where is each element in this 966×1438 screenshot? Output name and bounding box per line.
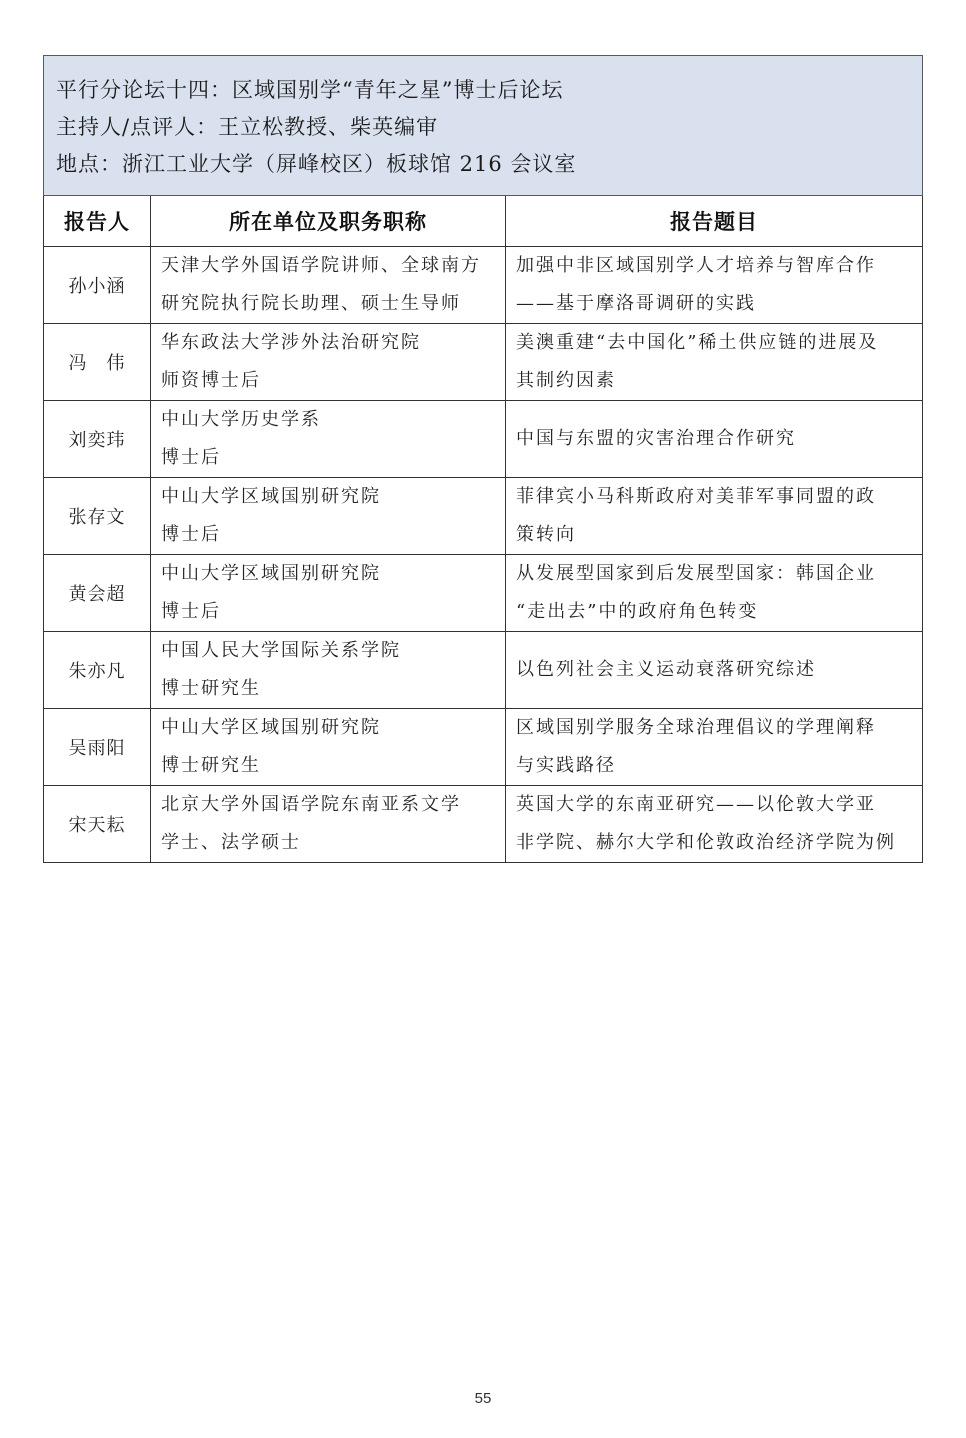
affiliation-cell: 中山大学区域国别研究院 博士后 (151, 555, 506, 632)
affiliation-line: 博士后 (161, 439, 495, 477)
topic-line: 区域国别学服务全球治理倡议的学理阐释 (516, 709, 912, 747)
presenter-name: 宋天耘 (44, 786, 151, 863)
topic-cell: 以色列社会主义运动衰落研究综述 (506, 632, 923, 709)
table-row: 黄会超 中山大学区域国别研究院 博士后 从发展型国家到后发展型国家：韩国企业 “… (44, 555, 923, 632)
topic-line: 以色列社会主义运动衰落研究综述 (516, 651, 912, 689)
affiliation-line: 北京大学外国语学院东南亚系文学 (161, 786, 495, 824)
topic-cell: 英国大学的东南亚研究——以伦敦大学亚 非学院、赫尔大学和伦敦政治经济学院为例 (506, 786, 923, 863)
affiliation-cell: 天津大学外国语学院讲师、全球南方 研究院执行院长助理、硕士生导师 (151, 247, 506, 324)
session-venue: 地点：浙江工业大学（屏峰校区）板球馆 216 会议室 (56, 146, 910, 183)
affiliation-line: 华东政法大学涉外法治研究院 (161, 324, 495, 362)
topic-line: 中国与东盟的灾害治理合作研究 (516, 420, 912, 458)
affiliation-line: 天津大学外国语学院讲师、全球南方 (161, 247, 495, 285)
header-affiliation: 所在单位及职务职称 (151, 196, 506, 247)
affiliation-line: 博士研究生 (161, 747, 495, 785)
affiliation-line: 学士、法学硕士 (161, 824, 495, 862)
header-topic: 报告题目 (506, 196, 923, 247)
affiliation-cell: 北京大学外国语学院东南亚系文学 学士、法学硕士 (151, 786, 506, 863)
affiliation-line: 中山大学区域国别研究院 (161, 709, 495, 747)
affiliation-line: 中山大学区域国别研究院 (161, 478, 495, 516)
forum-schedule-table: 平行分论坛十四：区域国别学“青年之星”博士后论坛 主持人/点评人：王立松教授、柴… (43, 55, 923, 863)
presenter-name: 黄会超 (44, 555, 151, 632)
presenter-name: 刘奕玮 (44, 401, 151, 478)
session-info-banner: 平行分论坛十四：区域国别学“青年之星”博士后论坛 主持人/点评人：王立松教授、柴… (44, 56, 923, 196)
topic-line: 菲律宾小马科斯政府对美菲军事同盟的政 (516, 478, 912, 516)
affiliation-line: 中国人民大学国际关系学院 (161, 632, 495, 670)
affiliation-line: 研究院执行院长助理、硕士生导师 (161, 285, 495, 323)
affiliation-line: 博士研究生 (161, 670, 495, 708)
affiliation-cell: 中国人民大学国际关系学院 博士研究生 (151, 632, 506, 709)
table-row: 孙小涵 天津大学外国语学院讲师、全球南方 研究院执行院长助理、硕士生导师 加强中… (44, 247, 923, 324)
table-row: 刘奕玮 中山大学历史学系 博士后 中国与东盟的灾害治理合作研究 (44, 401, 923, 478)
table-header-row: 报告人 所在单位及职务职称 报告题目 (44, 196, 923, 247)
topic-line: 美澳重建“去中国化”稀土供应链的进展及 (516, 324, 912, 362)
affiliation-cell: 中山大学区域国别研究院 博士后 (151, 478, 506, 555)
presenter-name: 朱亦凡 (44, 632, 151, 709)
topic-cell: 中国与东盟的灾害治理合作研究 (506, 401, 923, 478)
topic-line: 其制约因素 (516, 362, 912, 400)
affiliation-line: 博士后 (161, 593, 495, 631)
topic-cell: 美澳重建“去中国化”稀土供应链的进展及 其制约因素 (506, 324, 923, 401)
presenter-name: 冯 伟 (44, 324, 151, 401)
header-presenter: 报告人 (44, 196, 151, 247)
topic-line: “走出去”中的政府角色转变 (516, 593, 912, 631)
affiliation-line: 中山大学历史学系 (161, 401, 495, 439)
affiliation-cell: 华东政法大学涉外法治研究院 师资博士后 (151, 324, 506, 401)
topic-cell: 菲律宾小马科斯政府对美菲军事同盟的政 策转向 (506, 478, 923, 555)
table-row: 吴雨阳 中山大学区域国别研究院 博士研究生 区域国别学服务全球治理倡议的学理阐释… (44, 709, 923, 786)
topic-line: 从发展型国家到后发展型国家：韩国企业 (516, 555, 912, 593)
topic-cell: 从发展型国家到后发展型国家：韩国企业 “走出去”中的政府角色转变 (506, 555, 923, 632)
table-row: 朱亦凡 中国人民大学国际关系学院 博士研究生 以色列社会主义运动衰落研究综述 (44, 632, 923, 709)
session-host: 主持人/点评人：王立松教授、柴英编审 (56, 109, 910, 146)
topic-line: ——基于摩洛哥调研的实践 (516, 285, 912, 323)
affiliation-cell: 中山大学历史学系 博士后 (151, 401, 506, 478)
topic-cell: 加强中非区域国别学人才培养与智库合作 ——基于摩洛哥调研的实践 (506, 247, 923, 324)
topic-cell: 区域国别学服务全球治理倡议的学理阐释 与实践路径 (506, 709, 923, 786)
presenter-name: 吴雨阳 (44, 709, 151, 786)
session-title: 平行分论坛十四：区域国别学“青年之星”博士后论坛 (56, 72, 910, 109)
affiliation-line: 博士后 (161, 516, 495, 554)
presenter-name: 孙小涵 (44, 247, 151, 324)
table-row: 冯 伟 华东政法大学涉外法治研究院 师资博士后 美澳重建“去中国化”稀土供应链的… (44, 324, 923, 401)
table-row: 宋天耘 北京大学外国语学院东南亚系文学 学士、法学硕士 英国大学的东南亚研究——… (44, 786, 923, 863)
topic-line: 与实践路径 (516, 747, 912, 785)
topic-line: 英国大学的东南亚研究——以伦敦大学亚 (516, 786, 912, 824)
topic-line: 加强中非区域国别学人才培养与智库合作 (516, 247, 912, 285)
topic-line: 策转向 (516, 516, 912, 554)
topic-line: 非学院、赫尔大学和伦敦政治经济学院为例 (516, 824, 912, 862)
page-number: 55 (0, 1390, 966, 1407)
affiliation-line: 师资博士后 (161, 362, 495, 400)
table-row: 张存文 中山大学区域国别研究院 博士后 菲律宾小马科斯政府对美菲军事同盟的政 策… (44, 478, 923, 555)
affiliation-line: 中山大学区域国别研究院 (161, 555, 495, 593)
affiliation-cell: 中山大学区域国别研究院 博士研究生 (151, 709, 506, 786)
presenter-name: 张存文 (44, 478, 151, 555)
